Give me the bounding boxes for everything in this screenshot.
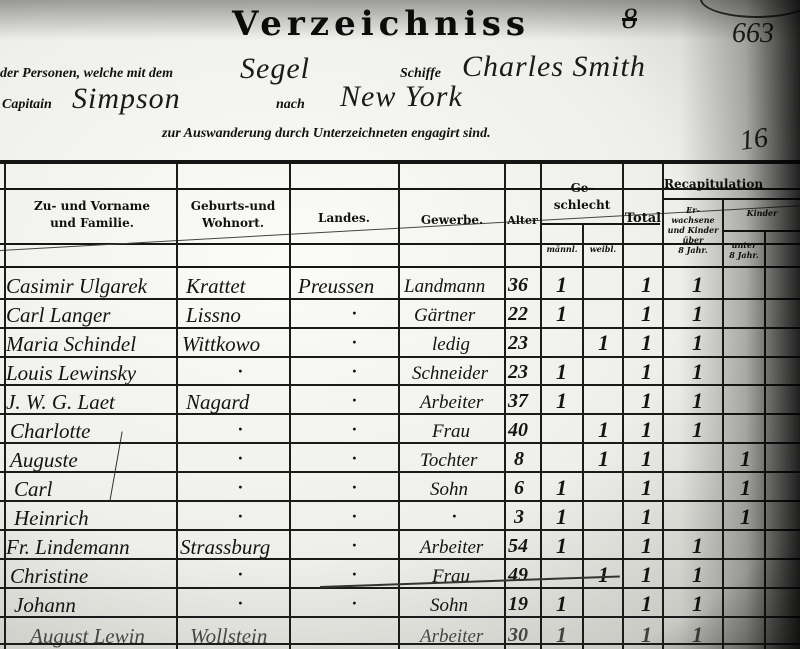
cell-male: 1 bbox=[556, 359, 567, 385]
cell-name: J. W. G. Laet bbox=[6, 390, 115, 415]
cell-trade: Sohn bbox=[430, 479, 468, 501]
col-header-name-line2: und Familie. bbox=[10, 215, 174, 232]
col-header-male: männl. bbox=[542, 244, 582, 254]
cell-male: 1 bbox=[556, 591, 567, 617]
cell-name: August Lewin bbox=[30, 624, 145, 649]
cell-child: 1 bbox=[740, 475, 751, 501]
header-rule bbox=[0, 160, 800, 164]
header-line-bottom bbox=[0, 266, 800, 268]
cell-name: Carl bbox=[14, 477, 53, 502]
cell-age: 36 bbox=[508, 274, 528, 297]
col-header-total: Total bbox=[623, 210, 663, 227]
captain-label: Capitain bbox=[2, 97, 52, 113]
margin-number: 16 bbox=[738, 122, 770, 158]
cell-place: · bbox=[238, 593, 243, 614]
cell-age: 54 bbox=[508, 535, 528, 558]
col-line-4 bbox=[504, 164, 506, 649]
cell-age: 37 bbox=[508, 390, 528, 413]
row-rule bbox=[0, 471, 800, 473]
col-header-sex: Ge- schlecht bbox=[542, 180, 622, 214]
cell-place: · bbox=[238, 477, 243, 498]
cell-female: 1 bbox=[598, 446, 609, 472]
cell-country: · bbox=[352, 390, 357, 411]
cell-age: 8 bbox=[514, 448, 524, 471]
cell-total: 1 bbox=[641, 388, 652, 414]
page-number: 663 bbox=[732, 18, 774, 50]
col-line-6 bbox=[582, 223, 584, 649]
under8-line2: 8 Jahr. bbox=[724, 250, 764, 260]
cell-name: Louis Lewinsky bbox=[6, 361, 136, 386]
adults-line1: Er- bbox=[664, 205, 722, 215]
cell-place: · bbox=[238, 506, 243, 527]
cell-country: · bbox=[352, 506, 357, 527]
cell-country: · bbox=[352, 448, 357, 469]
cell-total: 1 bbox=[641, 272, 652, 298]
cell-name: Christine bbox=[10, 564, 88, 589]
col-header-recap: Recapitulation bbox=[664, 176, 800, 193]
col-line-5 bbox=[540, 164, 542, 649]
cell-total: 1 bbox=[641, 475, 652, 501]
cell-total: 1 bbox=[641, 562, 652, 588]
col-header-name: Zu- und Vorname und Familie. bbox=[10, 198, 174, 232]
cell-country: · bbox=[352, 303, 357, 324]
cell-female: 1 bbox=[598, 330, 609, 356]
cell-place: · bbox=[238, 419, 243, 440]
captain-name: Simpson bbox=[72, 82, 181, 116]
cell-adult: 1 bbox=[692, 301, 703, 327]
cell-total: 1 bbox=[641, 330, 652, 356]
row-rule bbox=[0, 413, 800, 415]
cell-name: Johann bbox=[14, 593, 76, 618]
col-header-trade: Gewerbe. bbox=[400, 212, 504, 229]
adults-line4: über bbox=[664, 235, 722, 245]
cell-country: · bbox=[352, 535, 357, 556]
col-header-name-line1: Zu- und Vorname bbox=[10, 198, 174, 215]
cell-country: Preussen bbox=[298, 274, 374, 299]
ship-name: Charles Smith bbox=[462, 50, 646, 84]
adults-line2: wachsene bbox=[664, 215, 722, 225]
cell-name: Maria Schindel bbox=[6, 332, 136, 357]
cell-name: Heinrich bbox=[14, 506, 89, 531]
cell-total: 1 bbox=[641, 417, 652, 443]
cell-adult: 1 bbox=[692, 330, 703, 356]
cell-place: Nagard bbox=[186, 390, 249, 415]
struck-number: 8 bbox=[622, 2, 637, 36]
cell-trade: Landmann bbox=[404, 276, 485, 298]
header-line3: zur Auswanderung durch Unterzeichneten e… bbox=[162, 126, 491, 142]
cell-place: Krattet bbox=[186, 274, 246, 299]
cell-age: 19 bbox=[508, 593, 528, 616]
cell-country: · bbox=[352, 564, 357, 585]
cell-adult: 1 bbox=[692, 622, 703, 648]
stamp-oval bbox=[700, 0, 800, 18]
cell-total: 1 bbox=[641, 591, 652, 617]
cell-total: 1 bbox=[641, 446, 652, 472]
col-header-birthplace-line2: Wohnort. bbox=[178, 215, 288, 232]
col-header-country: Landes. bbox=[291, 210, 397, 227]
cell-age: 30 bbox=[508, 624, 528, 647]
cell-child: 1 bbox=[740, 504, 751, 530]
manifest-page: Verzeichniss 8 663 der Personen, welche … bbox=[0, 0, 800, 649]
row-rule bbox=[0, 327, 800, 329]
destination-label: nach bbox=[276, 97, 305, 113]
cell-country: · bbox=[352, 593, 357, 614]
cell-name: Fr. Lindemann bbox=[6, 535, 130, 560]
cell-adult: 1 bbox=[692, 591, 703, 617]
cell-place: · bbox=[238, 448, 243, 469]
cell-age: 22 bbox=[508, 303, 528, 326]
cell-place: Wittkowo bbox=[182, 332, 260, 357]
cell-trade: Schneider bbox=[412, 363, 488, 385]
cell-country: · bbox=[352, 361, 357, 382]
row-rule bbox=[0, 529, 800, 531]
cell-trade: · bbox=[452, 506, 457, 527]
cell-trade: Frau bbox=[432, 421, 470, 443]
cell-male: 1 bbox=[556, 475, 567, 501]
col-line-7 bbox=[622, 164, 624, 649]
cell-male: 1 bbox=[556, 301, 567, 327]
cell-trade: Arbeiter bbox=[420, 537, 483, 559]
cell-total: 1 bbox=[641, 359, 652, 385]
cell-male: 1 bbox=[556, 272, 567, 298]
col-header-children: Kinder bbox=[724, 208, 800, 218]
cell-place: · bbox=[238, 361, 243, 382]
cell-country: · bbox=[352, 477, 357, 498]
cell-age: 49 bbox=[508, 564, 528, 587]
cell-trade: Frau bbox=[432, 566, 470, 588]
cell-place: Wollstein bbox=[190, 624, 267, 649]
adults-line3: und Kinder bbox=[664, 225, 722, 235]
cell-adult: 1 bbox=[692, 388, 703, 414]
cell-name: Casimir Ulgarek bbox=[6, 274, 147, 299]
cell-trade: Arbeiter bbox=[420, 626, 483, 648]
cell-trade: Sohn bbox=[430, 595, 468, 617]
cell-total: 1 bbox=[641, 504, 652, 530]
cell-total: 1 bbox=[641, 622, 652, 648]
cell-adult: 1 bbox=[692, 562, 703, 588]
cell-place: · bbox=[238, 564, 243, 585]
col-header-birthplace: Geburts-und Wohnort. bbox=[178, 198, 288, 232]
cell-adult: 1 bbox=[692, 417, 703, 443]
cell-male: 1 bbox=[556, 388, 567, 414]
cell-country: · bbox=[352, 419, 357, 440]
col-header-birthplace-line1: Geburts-und bbox=[178, 198, 288, 215]
vessel-type: Segel bbox=[240, 52, 310, 86]
recap-subheader-line bbox=[662, 198, 800, 200]
cell-name: Auguste bbox=[10, 448, 78, 473]
cell-name: Carl Langer bbox=[6, 303, 110, 328]
cell-female: 1 bbox=[598, 417, 609, 443]
cell-country: · bbox=[352, 332, 357, 353]
col-line-2 bbox=[289, 164, 291, 649]
col-header-sex-line2: schlecht bbox=[542, 197, 622, 214]
under8-line1: unter bbox=[724, 240, 764, 250]
cell-adult: 1 bbox=[692, 533, 703, 559]
col-header-sex-line1: Ge- bbox=[542, 180, 622, 197]
col-line-9 bbox=[722, 198, 724, 649]
row-rule bbox=[0, 587, 800, 589]
cell-trade: Tochter bbox=[420, 450, 477, 472]
cell-place: Lissno bbox=[186, 303, 241, 328]
cell-trade: ledig bbox=[432, 334, 470, 356]
cell-trade: Arbeiter bbox=[420, 392, 483, 414]
col-header-female: weibl. bbox=[583, 244, 623, 254]
cell-age: 3 bbox=[514, 506, 524, 529]
cell-total: 1 bbox=[641, 533, 652, 559]
cell-age: 40 bbox=[508, 419, 528, 442]
col-line-1 bbox=[176, 164, 178, 649]
cell-trade: Gärtner bbox=[414, 305, 475, 327]
cell-age: 23 bbox=[508, 332, 528, 355]
row-rule bbox=[0, 616, 800, 618]
destination: New York bbox=[340, 80, 463, 114]
adults-line5: 8 Jahr. bbox=[664, 245, 722, 255]
cell-male: 1 bbox=[556, 504, 567, 530]
document-title: Verzeichniss bbox=[232, 4, 530, 44]
cell-male: 1 bbox=[556, 533, 567, 559]
children-subheader-line bbox=[722, 230, 800, 232]
cell-age: 6 bbox=[514, 477, 524, 500]
col-header-under8: unter 8 Jahr. bbox=[724, 240, 764, 260]
cell-child: 1 bbox=[740, 446, 751, 472]
cell-name: Charlotte bbox=[10, 419, 91, 444]
cell-place: Strassburg bbox=[180, 535, 270, 560]
cell-total: 1 bbox=[641, 301, 652, 327]
cell-adult: 1 bbox=[692, 272, 703, 298]
cell-age: 23 bbox=[508, 361, 528, 384]
cell-adult: 1 bbox=[692, 359, 703, 385]
header-line1-prefix: der Personen, welche mit dem bbox=[0, 66, 173, 82]
cell-male: 1 bbox=[556, 622, 567, 648]
col-header-adults: Er- wachsene und Kinder über 8 Jahr. bbox=[664, 205, 722, 255]
col-header-age: Alter bbox=[505, 212, 540, 229]
col-line-3 bbox=[398, 164, 400, 649]
row-rule bbox=[0, 500, 800, 502]
